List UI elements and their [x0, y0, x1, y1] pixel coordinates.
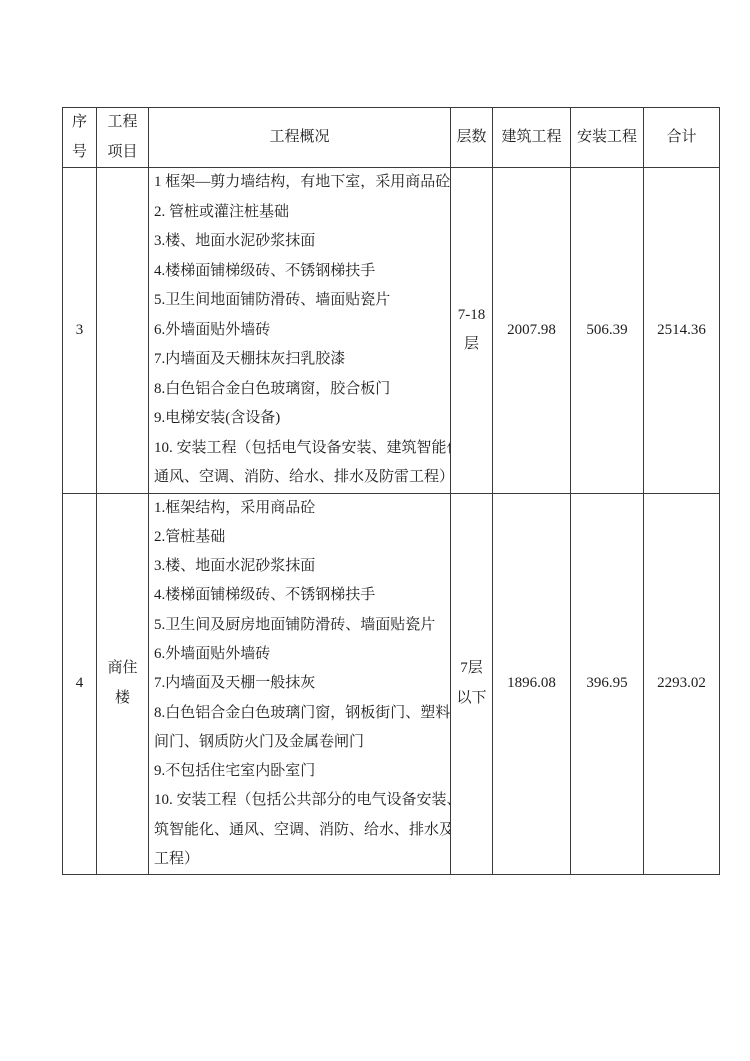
overview-line: 8.白色铝合金白色玻璃窗，胶合板门 — [154, 375, 447, 405]
overview-line: 5.卫生间地面铺防滑砖、墙面贴瓷片 — [154, 286, 447, 316]
project-name-cell — [97, 168, 149, 494]
header-cell-total: 合计 — [644, 108, 720, 168]
overview-line: 3.楼、地面水泥砂浆抹面 — [154, 227, 447, 257]
overview-line: 10. 安装工程（包括电气设备安装、建筑智能化、 — [154, 434, 447, 464]
table-row-4: 4 商住 楼 1.框架结构，采用商品砼2.管桩基础3.楼、地面水泥砂浆抹面4.楼… — [63, 493, 720, 875]
header-cell-project: 工程 项目 — [97, 108, 149, 168]
construction-cost-cell: 2007.98 — [493, 168, 571, 494]
overview-line: 2.管桩基础 — [154, 523, 447, 552]
header-cell-construction: 建筑工程 — [493, 108, 571, 168]
overview-line: 1 框架—剪力墙结构，有地下室，采用商品砼 — [154, 168, 447, 198]
overview-line: 通风、空调、消防、给水、排水及防雷工程） — [154, 463, 447, 493]
overview-line: 9.不包括住宅室内卧室门 — [154, 757, 447, 786]
overview-line: 4.楼梯面铺梯级砖、不锈钢梯扶手 — [154, 581, 447, 610]
header-cell-overview: 工程概况 — [149, 108, 451, 168]
overview-line: 7.内墙面及天棚一般抹灰 — [154, 669, 447, 698]
overview-line: 7.内墙面及天棚抹灰扫乳胶漆 — [154, 345, 447, 375]
installation-cost-cell: 396.95 — [571, 493, 644, 875]
project-overview-table: 序 号 工程 项目 工程概况 层数 建筑工程 安装工程 合计 3 1 框架—剪力… — [62, 107, 720, 875]
overview-cell: 1.框架结构，采用商品砼2.管桩基础3.楼、地面水泥砂浆抹面4.楼梯面铺梯级砖、… — [149, 493, 451, 875]
overview-line: 3.楼、地面水泥砂浆抹面 — [154, 552, 447, 581]
construction-cost-cell: 1896.08 — [493, 493, 571, 875]
header-cell-floors: 层数 — [451, 108, 493, 168]
project-name-cell: 商住 楼 — [97, 493, 149, 875]
overview-line: 筑智能化、通风、空调、消防、给水、排水及防雷 — [154, 816, 447, 845]
installation-cost-cell: 506.39 — [571, 168, 644, 494]
overview-line: 6.外墙面贴外墙砖 — [154, 316, 447, 346]
overview-line: 6.外墙面贴外墙砖 — [154, 640, 447, 669]
overview-line: 10. 安装工程（包括公共部分的电气设备安装、建 — [154, 786, 447, 815]
overview-line: 1.框架结构，采用商品砼 — [154, 494, 447, 523]
row-no-cell: 3 — [63, 168, 97, 494]
overview-line: 4.楼梯面铺梯级砖、不锈钢梯扶手 — [154, 257, 447, 287]
row-no-cell: 4 — [63, 493, 97, 875]
overview-cell: 1 框架—剪力墙结构，有地下室，采用商品砼2. 管桩或灌注桩基础3.楼、地面水泥… — [149, 168, 451, 494]
header-cell-no: 序 号 — [63, 108, 97, 168]
table-header-row: 序 号 工程 项目 工程概况 层数 建筑工程 安装工程 合计 — [63, 108, 720, 168]
document-page: 序 号 工程 项目 工程概况 层数 建筑工程 安装工程 合计 3 1 框架—剪力… — [0, 0, 750, 1061]
overview-line: 2. 管桩或灌注桩基础 — [154, 198, 447, 228]
floors-cell: 7-18 层 — [451, 168, 493, 494]
table-row-3: 3 1 框架—剪力墙结构，有地下室，采用商品砼2. 管桩或灌注桩基础3.楼、地面… — [63, 168, 720, 494]
overview-line: 5.卫生间及厨房地面铺防滑砖、墙面贴瓷片 — [154, 611, 447, 640]
total-cost-cell: 2293.02 — [644, 493, 720, 875]
overview-line: 工程） — [154, 845, 447, 874]
total-cost-cell: 2514.36 — [644, 168, 720, 494]
header-cell-installation: 安装工程 — [571, 108, 644, 168]
floors-cell: 7层 以下 — [451, 493, 493, 875]
overview-line: 9.电梯安装(含设备) — [154, 404, 447, 434]
overview-line: 间门、钢质防火门及金属卷闸门 — [154, 728, 447, 757]
overview-line: 8.白色铝合金白色玻璃门窗，钢板街门、塑料卫生 — [154, 699, 447, 728]
